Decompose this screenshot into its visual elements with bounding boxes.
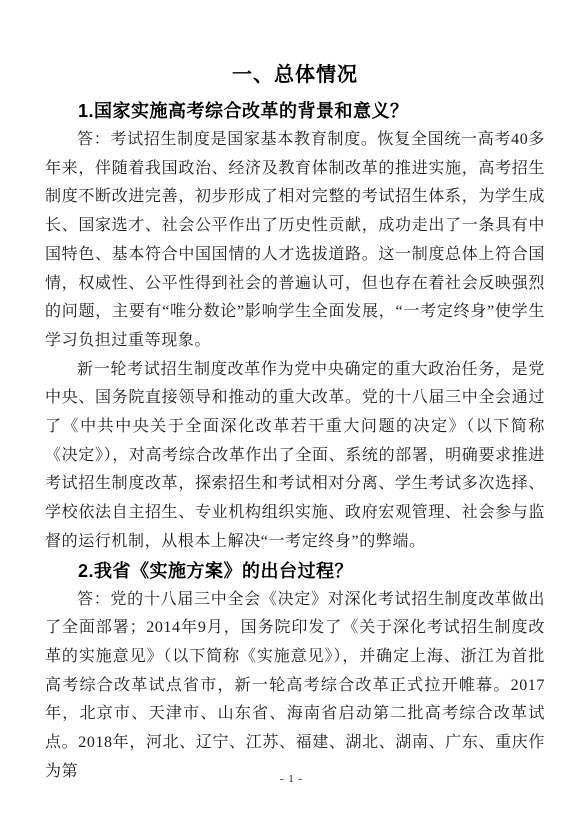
page-title: 一、总体情况 [45,60,545,90]
question-2-heading: 2.我省《实施方案》的出台过程？ [45,557,545,586]
answer-1-paragraph-2: 新一轮考试招生制度改革作为党中央确定的重大政治任务，是党中央、国务院直接领导和推… [45,356,545,557]
qa-section-1: 1.国家实施高考综合改革的背景和意义？ 答：考试招生制度是国家基本教育制度。恢复… [45,97,545,557]
document-content: 一、总体情况 1.国家实施高考综合改革的背景和意义？ 答：考试招生制度是国家基本… [0,0,583,786]
qa-section-2: 2.我省《实施方案》的出台过程？ 答：党的十八届三中全会《决定》对深化考试招生制… [45,557,545,787]
question-1-heading: 1.国家实施高考综合改革的背景和意义？ [45,97,545,126]
page-number: - 1 - [0,772,583,786]
answer-2-paragraph-1: 答：党的十八届三中全会《决定》对深化考试招生制度改革做出了全面部署；2014年9… [45,586,545,787]
answer-1-paragraph-1: 答：考试招生制度是国家基本教育制度。恢复全国统一高考40多年来，伴随着我国政治、… [45,126,545,356]
document-page: 一、总体情况 1.国家实施高考综合改革的背景和意义？ 答：考试招生制度是国家基本… [0,0,583,828]
